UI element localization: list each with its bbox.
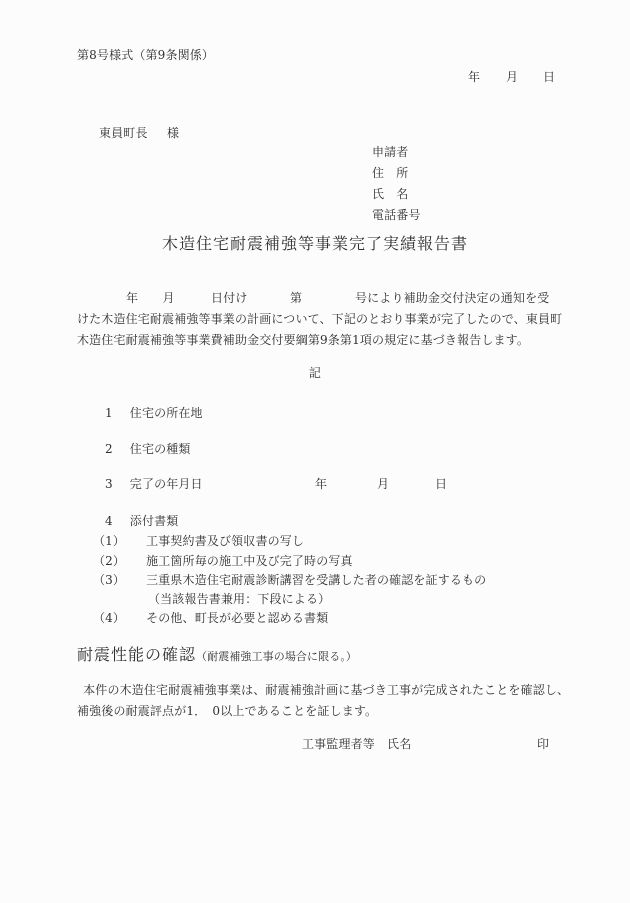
issue-date-month-label: 月 <box>506 69 518 85</box>
attachment-4-number: （4） <box>93 611 125 625</box>
attachment-2-number: （2） <box>93 554 125 568</box>
supervisor-signature-label: 工事監理者等 氏名 <box>302 736 411 752</box>
intro-line1-rest: 号により補助金交付決定の通知を受 <box>355 290 549 306</box>
attachment-3-note: （当該報告書兼用：下段による） <box>148 591 330 607</box>
attachment-3-number: （3） <box>93 573 125 587</box>
completion-year-label: 年 <box>315 476 327 492</box>
attachment-2: （2）施工箇所毎の施工中及び完了時の写真 <box>93 553 353 569</box>
seismic-heading-text: 耐震性能の確認 <box>77 645 196 664</box>
item-1-label: 住宅の所在地 <box>130 406 203 420</box>
intro-date-blanks: 年 月 日付け <box>126 290 248 306</box>
list-item-2: 2住宅の種類 <box>105 441 191 457</box>
applicant-name-label: 氏 名 <box>372 186 408 202</box>
completion-month-label: 月 <box>377 476 389 492</box>
document-title: 木造住宅耐震補強等事業完了実績報告書 <box>0 233 630 255</box>
attachment-3-text: 三重県木造住宅耐震診断講習を受講した者の確認を証するもの <box>146 573 486 587</box>
addressee-honorific: 様 <box>167 125 179 141</box>
item-2-label: 住宅の種類 <box>130 442 191 456</box>
list-item-1: 1住宅の所在地 <box>105 405 203 421</box>
applicant-address-label: 住 所 <box>372 165 408 181</box>
intro-number-prefix: 第 <box>290 290 302 306</box>
addressee-name: 東員町長 <box>99 125 148 141</box>
list-item-4: 4添付書類 <box>105 513 178 529</box>
intro-line2: けた木造住宅耐震補強等事業の計画について、下記のとおり事業が完了したので、東員町 <box>77 311 562 327</box>
document-page: 第8号様式（第9条関係） 年 月 日 東員町長 様 申請者 住 所 氏 名 電話… <box>0 0 630 903</box>
item-3-label: 完了の年月日 <box>130 477 203 491</box>
attachment-4: （4）その他、町長が必要と認める書類 <box>93 610 328 626</box>
item-2-number: 2 <box>105 442 113 456</box>
form-number: 第8号様式（第9条関係） <box>77 47 214 63</box>
seismic-body-line1: 本件の木造住宅耐震補強事業は、耐震補強計画に基づき工事が完成されたことを確認し、 <box>71 682 569 698</box>
item-3-number: 3 <box>105 477 113 491</box>
attachment-2-text: 施工箇所毎の施工中及び完了時の写真 <box>146 554 353 568</box>
attachment-4-text: その他、町長が必要と認める書類 <box>146 611 328 625</box>
item-4-label: 添付書類 <box>130 514 179 528</box>
attachment-1-number: （1） <box>93 534 125 548</box>
completion-day-label: 日 <box>435 476 447 492</box>
item-1-number: 1 <box>105 406 113 420</box>
attachment-3: （3）三重県木造住宅耐震診断講習を受講した者の確認を証するもの <box>93 572 486 588</box>
ki-label: 記 <box>0 365 630 381</box>
intro-line3: 木造住宅耐震補強等事業費補助金交付要綱第9条第1項の規定に基づき報告します。 <box>77 332 529 348</box>
issue-date-year-label: 年 <box>468 69 480 85</box>
applicant-label: 申請者 <box>372 144 408 160</box>
attachment-1: （1）工事契約書及び領収書の写し <box>93 533 304 549</box>
issue-date-day-label: 日 <box>543 69 555 85</box>
seal-label: 印 <box>537 736 549 752</box>
seismic-body-line2: 補強後の耐震評点が1． 0以上であることを証します。 <box>77 703 377 719</box>
list-item-3: 3完了の年月日 <box>105 476 203 492</box>
attachment-1-text: 工事契約書及び領収書の写し <box>146 534 304 548</box>
seismic-section-heading: 耐震性能の確認（耐震補強工事の場合に限る。） <box>77 647 357 665</box>
item-4-number: 4 <box>105 514 113 528</box>
seismic-heading-note: （耐震補強工事の場合に限る。） <box>196 650 357 663</box>
applicant-phone-label: 電話番号 <box>372 207 421 223</box>
